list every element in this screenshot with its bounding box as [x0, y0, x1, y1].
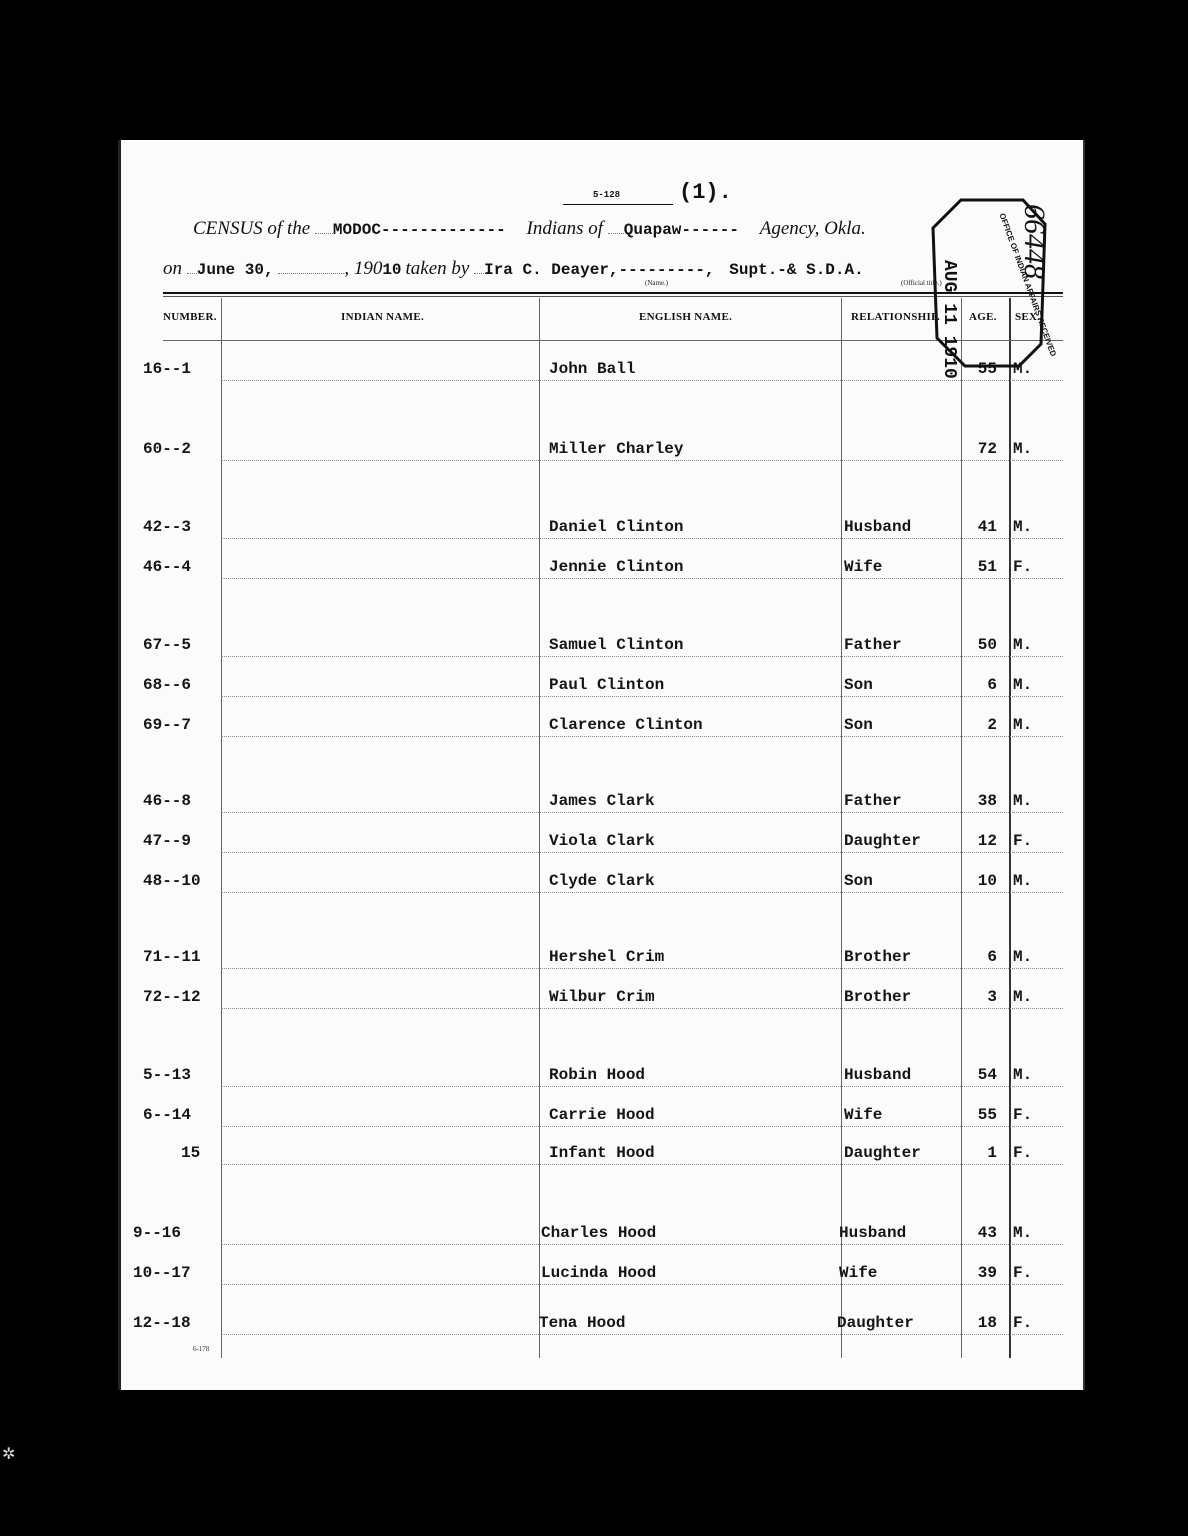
column-header-english-name: ENGLISH NAME. [639, 311, 732, 323]
english-name: Clyde Clark [549, 872, 655, 890]
relationship: Daughter [844, 832, 921, 850]
row-number: 72--12 [143, 988, 201, 1006]
handwritten-note: 66448 [1017, 204, 1051, 279]
sex: F. [1013, 1106, 1032, 1124]
row-number: 12--18 [133, 1314, 191, 1332]
census-label: CENSUS of the [193, 218, 310, 239]
age: 39 [963, 1264, 997, 1282]
english-name: Daniel Clinton [549, 518, 683, 536]
age: 41 [963, 518, 997, 536]
relationship: Husband [844, 518, 911, 536]
sex: F. [1013, 1264, 1032, 1282]
english-name: Paul Clinton [549, 676, 664, 694]
row-number: 67--5 [143, 636, 191, 654]
row-number: 48--10 [143, 872, 201, 890]
english-name: James Clark [549, 792, 655, 810]
age: 54 [963, 1066, 997, 1084]
english-name: Infant Hood [549, 1144, 655, 1162]
sex: F. [1013, 1144, 1032, 1162]
age: 2 [963, 716, 997, 734]
table-row: 48--10 Clyde Clark Son 10 M. [121, 872, 1083, 896]
table-row: 12--18 Tena Hood Daughter 18 F. [121, 1314, 1083, 1338]
sex: M. [1013, 440, 1032, 458]
row-number: 68--6 [143, 676, 191, 694]
agency-name: Quapaw------ [624, 221, 739, 239]
row-number: 69--7 [143, 716, 191, 734]
header-rule-thin [163, 296, 1063, 297]
table-row: 46--4 Jennie Clinton Wife 51 F. [121, 558, 1083, 582]
relationship: Father [844, 792, 902, 810]
age: 72 [963, 440, 997, 458]
census-page: 5-128 (1). CENSUS of the MODOC----------… [118, 140, 1085, 1390]
agency-label: Agency, Okla. [760, 218, 866, 239]
sex: M. [1013, 792, 1032, 810]
age: 18 [963, 1314, 997, 1332]
row-number: 15 [181, 1144, 200, 1162]
age: 1 [963, 1144, 997, 1162]
form-number: 5-128 [593, 190, 620, 200]
table-header-bottom-rule [163, 340, 1063, 341]
sex: M. [1013, 636, 1032, 654]
table-row: 67--5 Samuel Clinton Father 50 M. [121, 636, 1083, 660]
relationship: Husband [839, 1224, 906, 1242]
age: 43 [963, 1224, 997, 1242]
english-name: Samuel Clinton [549, 636, 683, 654]
relationship: Husband [844, 1066, 911, 1084]
row-number: 60--2 [143, 440, 191, 458]
table-row: 42--3 Daniel Clinton Husband 41 M. [121, 518, 1083, 542]
age: 38 [963, 792, 997, 810]
footer-form-number: 6-178 [193, 1345, 209, 1353]
english-name: Robin Hood [549, 1066, 645, 1084]
on-label: on [163, 258, 182, 279]
age: 50 [963, 636, 997, 654]
sex: M. [1013, 716, 1032, 734]
scan-artifact-icon: ✲ [2, 1444, 15, 1464]
year-suffix: 10 [382, 261, 401, 279]
relationship: Son [844, 872, 873, 890]
row-number: 6--14 [143, 1106, 191, 1124]
age: 6 [963, 948, 997, 966]
taken-by-label: taken by [406, 258, 470, 279]
english-name: Clarence Clinton [549, 716, 703, 734]
row-number: 10--17 [133, 1264, 191, 1282]
table-row: 60--2 Miller Charley 72 M. [121, 440, 1083, 464]
age: 55 [963, 1106, 997, 1124]
row-number: 71--11 [143, 948, 201, 966]
relationship: Daughter [837, 1314, 914, 1332]
table-row: 5--13 Robin Hood Husband 54 M. [121, 1066, 1083, 1090]
relationship: Father [844, 636, 902, 654]
english-name: Miller Charley [549, 440, 683, 458]
sex: M. [1013, 948, 1032, 966]
row-number: 9--16 [133, 1224, 181, 1242]
row-number: 5--13 [143, 1066, 191, 1084]
relationship: Son [844, 716, 873, 734]
table-row: 72--12 Wilbur Crim Brother 3 M. [121, 988, 1083, 1012]
english-name: Jennie Clinton [549, 558, 683, 576]
sex: F. [1013, 1314, 1032, 1332]
relationship: Wife [844, 558, 882, 576]
column-header-relationship: RELATIONSHIP. [851, 311, 940, 323]
sex: F. [1013, 832, 1032, 850]
row-number: 47--9 [143, 832, 191, 850]
relationship: Son [844, 676, 873, 694]
column-header-number: NUMBER. [163, 311, 217, 323]
sex: M. [1013, 988, 1032, 1006]
column-header-indian-name: INDIAN NAME. [341, 311, 424, 323]
relationship: Daughter [844, 1144, 921, 1162]
english-name: John Ball [549, 360, 635, 378]
heading-line-1: CENSUS of the MODOC------------- Indians… [193, 218, 866, 240]
header-rule [163, 292, 1063, 294]
table-row: 46--8 James Clark Father 38 M. [121, 792, 1083, 816]
relationship: Wife [844, 1106, 882, 1124]
row-number: 42--3 [143, 518, 191, 536]
relationship: Brother [844, 988, 911, 1006]
english-name: Viola Clark [549, 832, 655, 850]
age: 6 [963, 676, 997, 694]
table-row: 68--6 Paul Clinton Son 6 M. [121, 676, 1083, 700]
relationship: Brother [844, 948, 911, 966]
tribe-name: MODOC------------- [333, 221, 506, 239]
sex: F. [1013, 558, 1032, 576]
row-number: 46--8 [143, 792, 191, 810]
table-row: 6--14 Carrie Hood Wife 55 F. [121, 1106, 1083, 1130]
table-row: 69--7 Clarence Clinton Son 2 M. [121, 716, 1083, 740]
sex: M. [1013, 676, 1032, 694]
row-number: 46--4 [143, 558, 191, 576]
census-date: June 30, [197, 261, 274, 279]
english-name: Lucinda Hood [541, 1264, 656, 1282]
sex: M. [1013, 1224, 1032, 1242]
age: 3 [963, 988, 997, 1006]
age: 10 [963, 872, 997, 890]
table-row: 15 Infant Hood Daughter 1 F. [121, 1144, 1083, 1168]
relationship: Wife [839, 1264, 877, 1282]
official-title: Supt.-& S.D.A. [729, 261, 863, 279]
enumerator-name: Ira C. Deayer,---------, [484, 261, 714, 279]
sex: M. [1013, 872, 1032, 890]
age: 12 [963, 832, 997, 850]
english-name: Hershel Crim [549, 948, 664, 966]
row-number: 16--1 [143, 360, 191, 378]
english-name: Carrie Hood [549, 1106, 655, 1124]
table-row: 47--9 Viola Clark Daughter 12 F. [121, 832, 1083, 856]
sex: M. [1013, 518, 1032, 536]
heading-line-2: on June 30, , 19010taken by Ira C. Deaye… [163, 258, 864, 280]
year-prefix: , 190 [344, 258, 382, 279]
stamp-date: AUG 11 1910 [939, 260, 959, 379]
sheet-number: (1). [679, 180, 732, 205]
english-name: Wilbur Crim [549, 988, 655, 1006]
age: 51 [963, 558, 997, 576]
table-row: 9--16 Charles Hood Husband 43 M. [121, 1224, 1083, 1248]
indians-of-label: Indians of [527, 218, 604, 239]
form-number-rule [563, 204, 673, 205]
table-row: 10--17 Lucinda Hood Wife 39 F. [121, 1264, 1083, 1288]
table-row: 71--11 Hershel Crim Brother 6 M. [121, 948, 1083, 972]
english-name: Tena Hood [539, 1314, 625, 1332]
name-caption: (Name.) [645, 279, 668, 287]
sex: M. [1013, 1066, 1032, 1084]
english-name: Charles Hood [541, 1224, 656, 1242]
